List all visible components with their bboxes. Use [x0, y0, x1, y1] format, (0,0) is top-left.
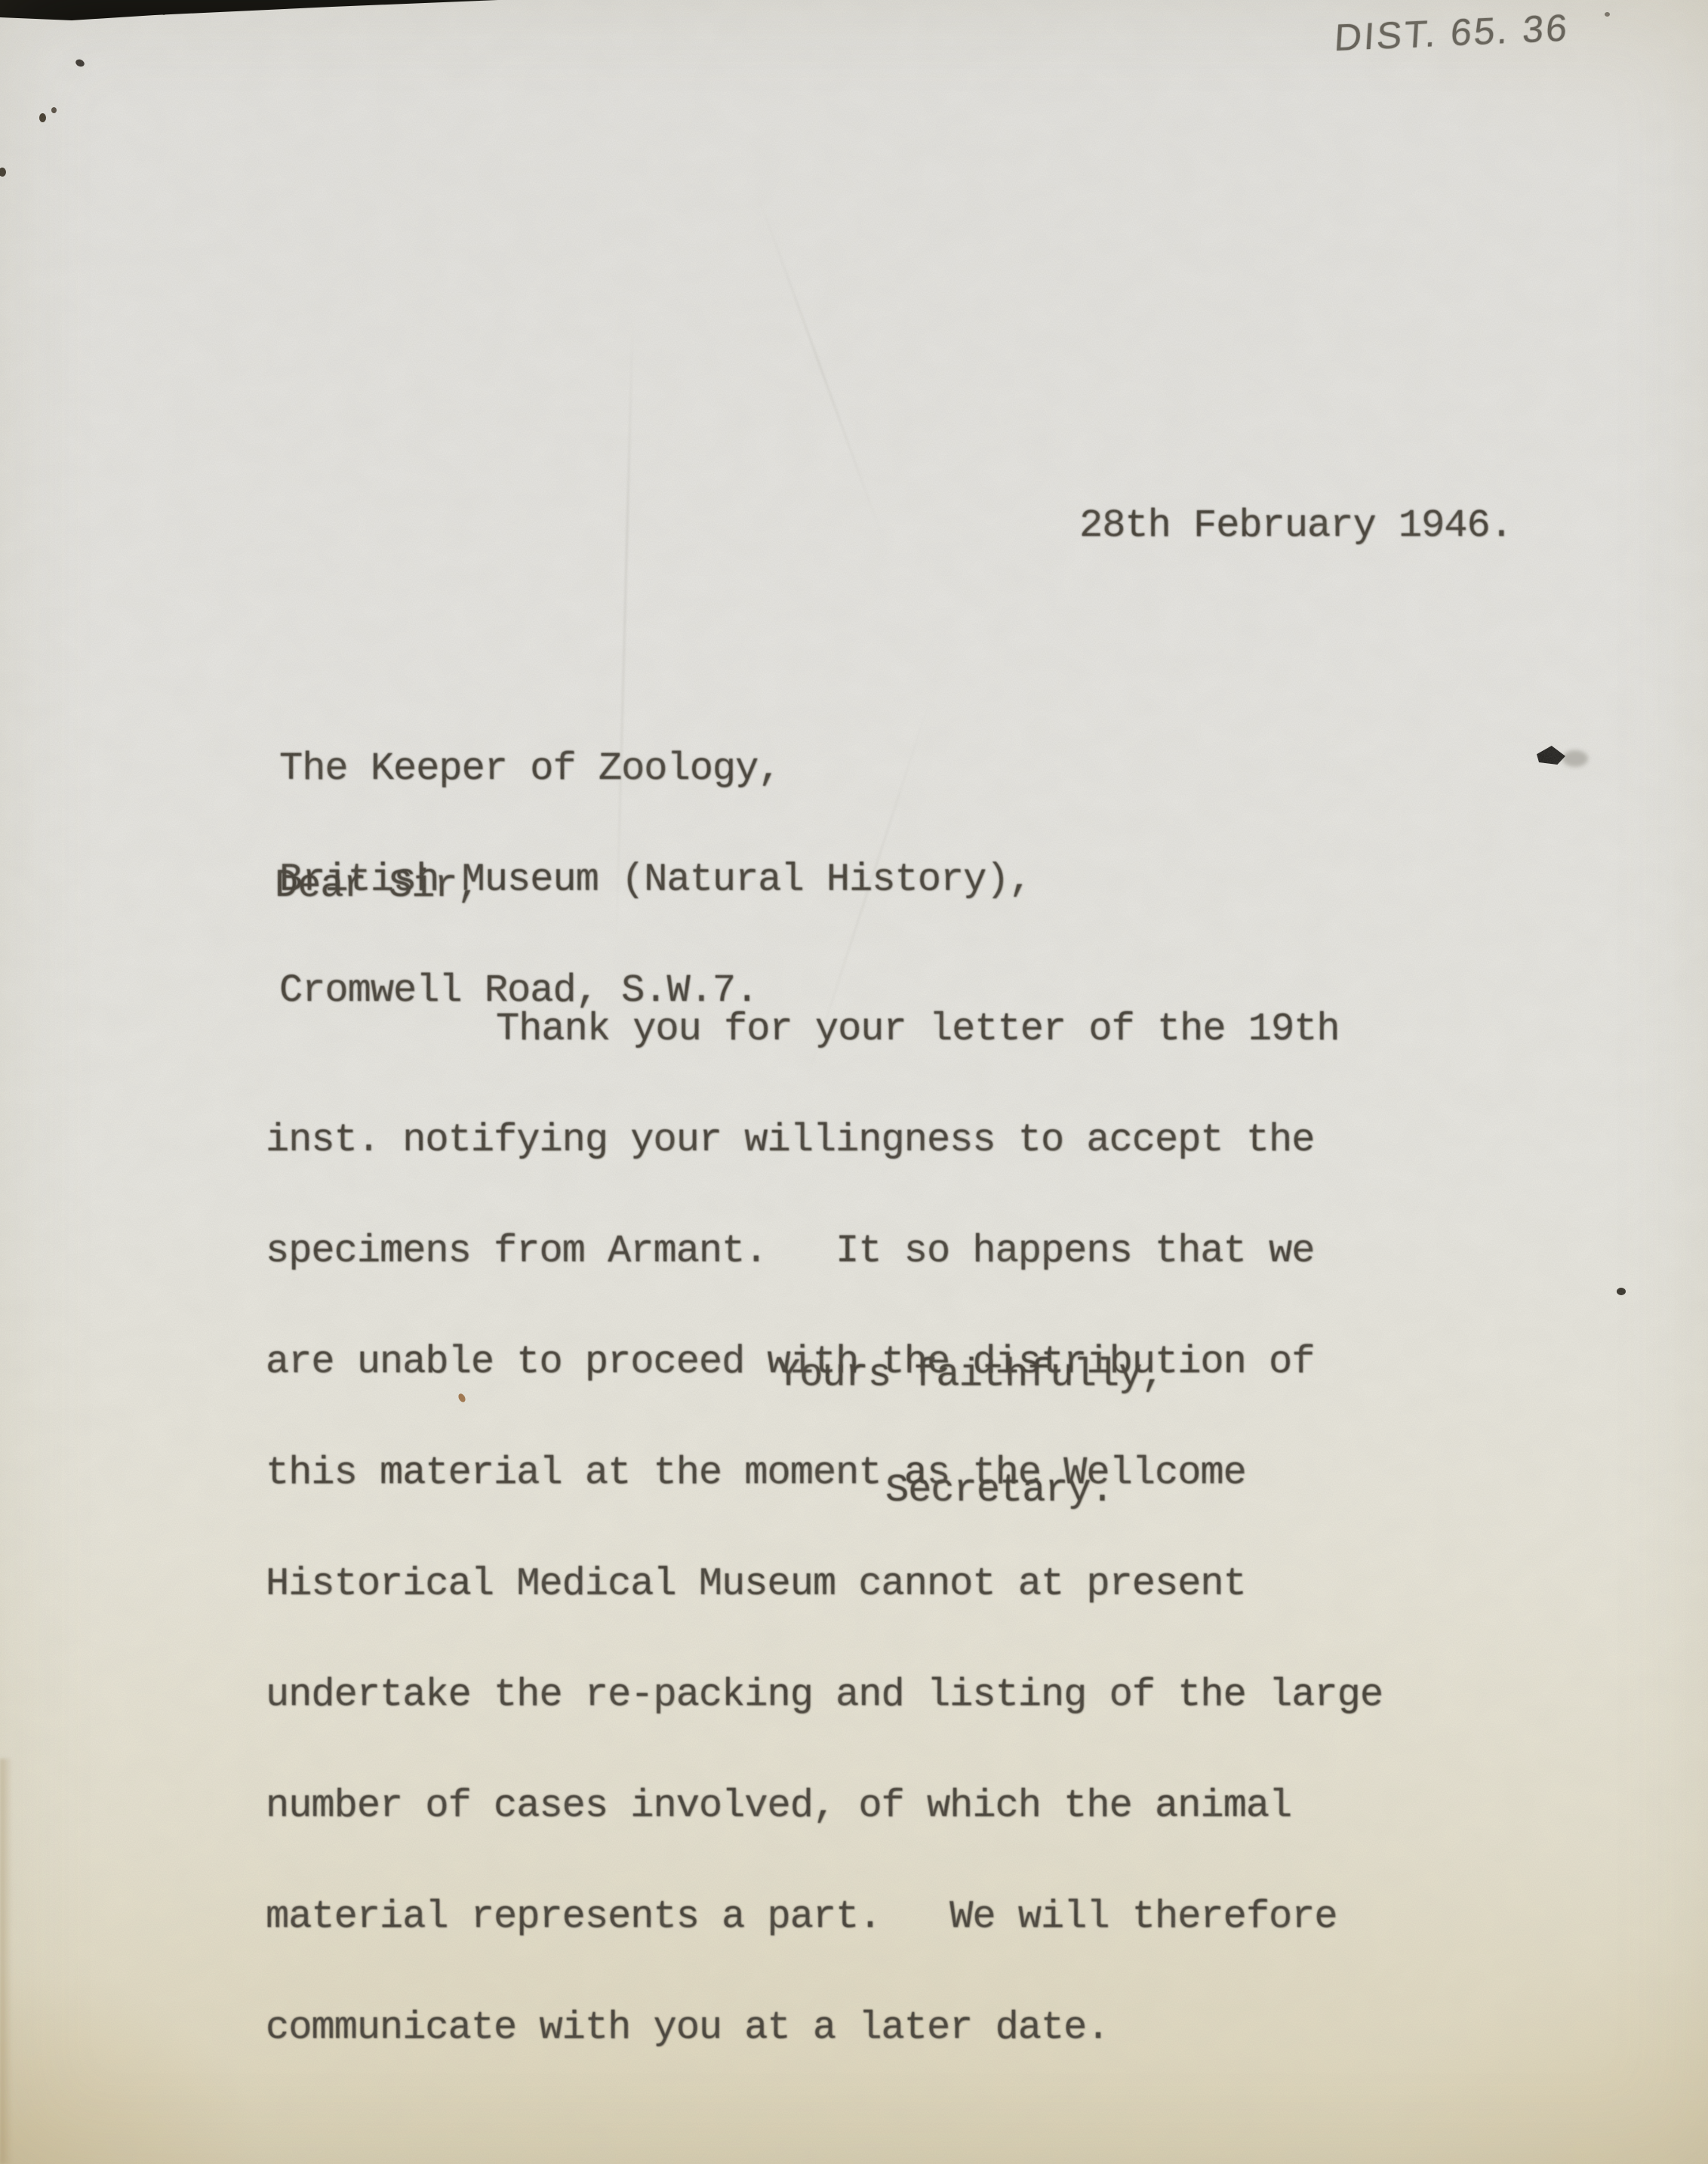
letter-body: Thank you for your letter of the 19th in…: [266, 937, 1383, 2120]
paper-speck: [1605, 12, 1610, 17]
signature: Secretary.: [885, 1472, 1113, 1509]
body-line: inst. notifying your willingness to acce…: [266, 1122, 1383, 1159]
paper-speck: [75, 58, 86, 68]
body-line: Historical Medical Museum cannot at pres…: [266, 1565, 1383, 1602]
recipient-address-line: The Keeper of Zoology,: [279, 750, 1032, 787]
paper-crease: [755, 189, 886, 544]
salutation: Dear Sir,: [275, 867, 480, 904]
body-line: undertake the re-packing and listing of …: [266, 1676, 1383, 1713]
ink-fleck: [1537, 746, 1565, 765]
paper-speck: [39, 113, 46, 122]
body-line: specimens from Armant. It so happens tha…: [266, 1233, 1383, 1270]
scanned-letter-page: DIST. 65. 36 28th February 1946. The Kee…: [0, 0, 1708, 2164]
letter-date: 28th February 1946.: [1079, 507, 1513, 544]
paper-speck: [0, 168, 6, 177]
body-line: Thank you for your letter of the 19th: [266, 1011, 1383, 1048]
body-line: communicate with you at a later date.: [266, 2009, 1383, 2046]
archive-reference-annotation: DIST. 65. 36: [1333, 5, 1570, 60]
body-line: material represents a part. We will ther…: [266, 1898, 1383, 1935]
paper-speck: [1617, 1288, 1626, 1295]
body-line: this material at the moment as the Wellc…: [266, 1454, 1383, 1491]
paper-speck: [51, 107, 57, 113]
scan-edge-artifact: [0, 0, 498, 26]
body-line: number of cases involved, of which the a…: [266, 1787, 1383, 1824]
ink-smudge: [1562, 750, 1588, 767]
valediction: Yours faithfully,: [777, 1356, 1165, 1393]
aged-paper-edge: [0, 1759, 12, 2164]
